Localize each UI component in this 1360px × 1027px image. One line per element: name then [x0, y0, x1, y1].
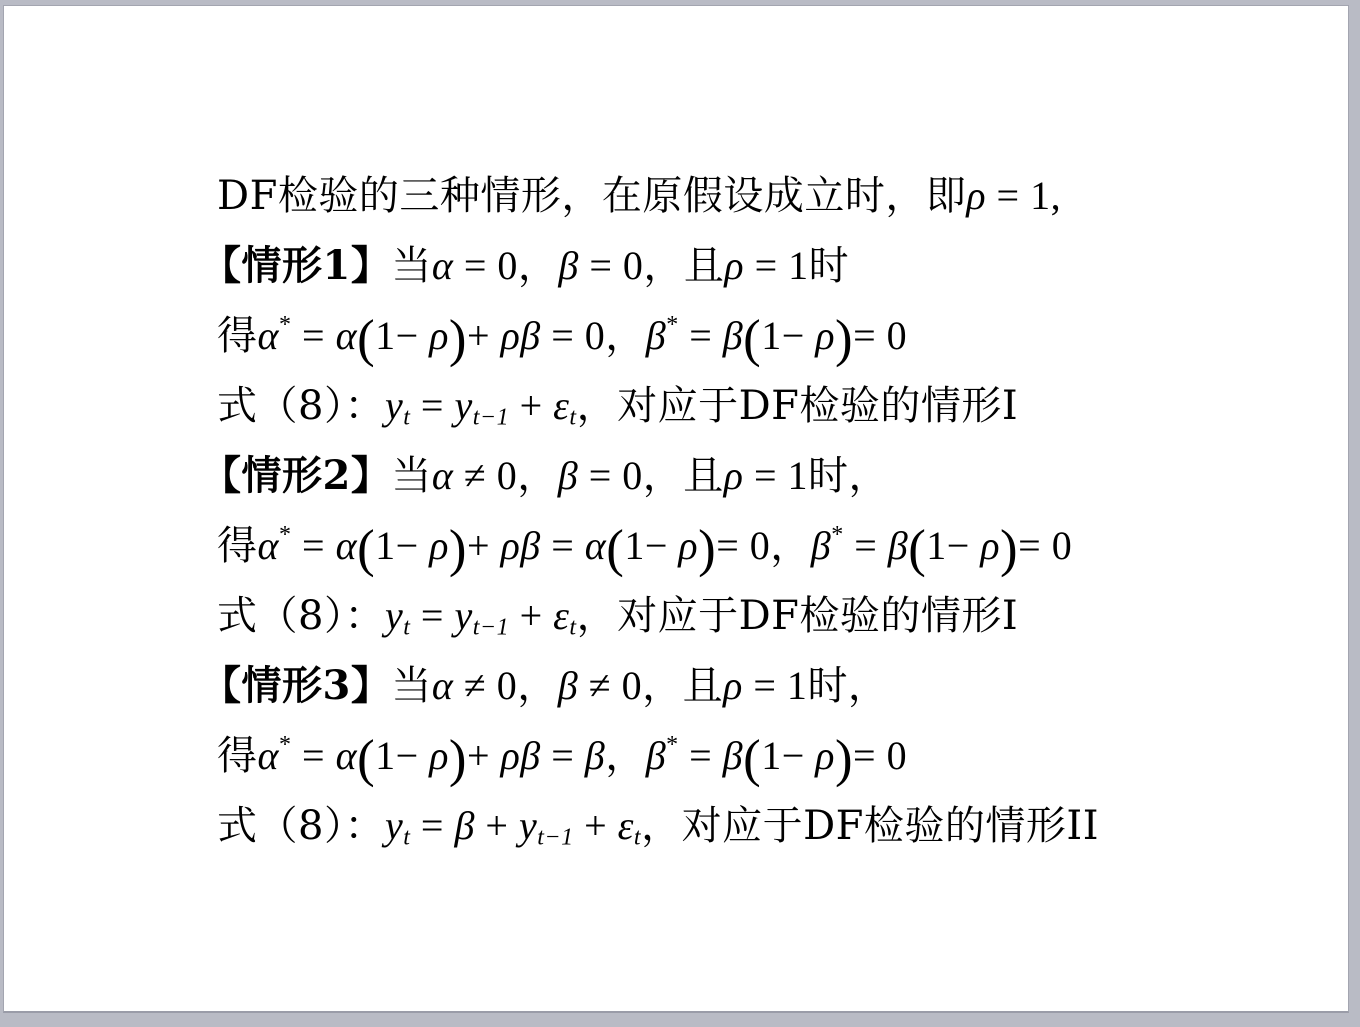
text-segment: t	[634, 824, 641, 850]
text-segment: (	[357, 520, 375, 578]
text-segment: *	[279, 732, 292, 758]
text-segment: )	[449, 310, 467, 368]
text-segment: =	[292, 733, 336, 778]
text-segment: = 1	[743, 663, 808, 708]
text-segment: t	[569, 614, 576, 640]
text-segment: ρ	[678, 523, 698, 568]
text-segment: 当	[391, 453, 432, 499]
text-segment: α	[258, 523, 280, 568]
text-segment: 得	[217, 733, 258, 779]
text-segment: *	[666, 312, 679, 338]
text-segment: ，	[518, 243, 559, 289]
text-segment: 式（8）：	[217, 593, 385, 639]
text-segment: ρ	[724, 453, 744, 498]
text-segment: β	[454, 803, 474, 848]
text-segment: β	[811, 523, 831, 568]
text-segment: 得	[217, 313, 258, 359]
text-segment: =	[410, 593, 454, 638]
text-line: 【情形1】当α = 0，β = 0，且ρ = 1时	[201, 231, 1099, 301]
viewer-background: DF检验的三种情形，在原假设成立时，即ρ = 1,【情形1】当α = 0，β =…	[0, 0, 1360, 1027]
text-segment: t−1	[473, 614, 509, 640]
text-segment: *	[666, 732, 679, 758]
text-segment: α	[432, 453, 454, 498]
text-segment: +	[509, 593, 553, 638]
text-line: 【情形2】当α ≠ 0，β = 0，且ρ = 1时，	[201, 441, 1099, 511]
text-segment: = 1,	[986, 173, 1061, 218]
text-segment: =	[679, 313, 723, 358]
text-segment: +	[509, 383, 553, 428]
text-segment: ，	[605, 733, 646, 779]
text-segment: 【情形1】	[201, 242, 391, 289]
text-segment: +	[574, 803, 618, 848]
text-segment: =	[410, 803, 454, 848]
text-segment: = 0	[541, 313, 606, 358]
text-segment: 当	[391, 243, 432, 289]
text-line: 式（8）：yt = β + yt−1 + εt，对应于DF检验的情形II	[201, 791, 1099, 861]
text-segment: β	[888, 523, 908, 568]
text-segment: ρβ	[501, 733, 541, 778]
text-segment: y	[385, 593, 403, 638]
text-segment: β	[646, 313, 666, 358]
text-segment: β	[723, 313, 743, 358]
text-segment: 式（8）：	[217, 803, 385, 849]
text-segment: ε	[618, 803, 634, 848]
text-segment: 1−	[375, 313, 429, 358]
text-segment: ρ	[429, 523, 449, 568]
text-segment: 【情形2】	[201, 452, 391, 499]
text-segment: )	[835, 310, 853, 368]
text-segment: 对应于DF检验的情形II	[682, 803, 1099, 849]
text-segment: =	[292, 523, 336, 568]
text-segment: β	[558, 663, 578, 708]
text-segment: =	[844, 523, 888, 568]
text-segment: β	[646, 733, 666, 778]
text-segment: α	[336, 523, 358, 568]
text-segment: ，	[643, 453, 684, 499]
text-segment: +	[467, 523, 501, 568]
text-segment: = 0	[453, 243, 518, 288]
text-segment: 且	[683, 663, 724, 709]
text-segment: 1−	[375, 733, 429, 778]
text-segment: ，	[577, 383, 618, 429]
text-segment: = 0	[716, 523, 770, 568]
text-segment: 且	[683, 453, 724, 499]
text-segment: 时，	[808, 453, 889, 499]
text-segment: ε	[553, 593, 569, 638]
text-segment: ρ	[724, 243, 744, 288]
text-segment: =	[410, 383, 454, 428]
text-segment: α	[585, 523, 607, 568]
text-segment: β	[585, 733, 605, 778]
text-segment: t−1	[537, 824, 573, 850]
text-segment: ρ	[429, 733, 449, 778]
text-segment: (	[743, 310, 761, 368]
text-segment: (	[357, 730, 375, 788]
text-segment: 式（8）：	[217, 383, 385, 429]
text-segment: ≠ 0	[453, 663, 517, 708]
text-segment: y	[385, 383, 403, 428]
text-segment: ρ	[429, 313, 449, 358]
text-segment: t	[569, 404, 576, 430]
text-segment: ρβ	[501, 313, 541, 358]
text-line: 得α* = α(1− ρ)+ ρβ = 0，β* = β(1− ρ)= 0	[201, 301, 1099, 371]
text-segment: 1−	[761, 733, 815, 778]
text-segment: = 0	[853, 313, 907, 358]
text-segment: ρ	[723, 663, 743, 708]
text-segment: )	[1000, 520, 1018, 578]
text-segment: α	[258, 733, 280, 778]
text-segment: 且	[684, 243, 725, 289]
text-segment: α	[432, 663, 454, 708]
text-segment: β	[558, 243, 578, 288]
text-segment: =	[292, 313, 336, 358]
text-segment: 【情形3】	[201, 662, 391, 709]
text-segment: y	[385, 803, 403, 848]
text-segment: = 0	[579, 243, 644, 288]
text-segment: y	[519, 803, 537, 848]
text-segment: α	[432, 243, 454, 288]
text-segment: = 1	[744, 243, 809, 288]
text-segment: = 0	[853, 733, 907, 778]
text-segment: ，	[517, 663, 558, 709]
text-segment: 得	[217, 523, 258, 569]
text-segment: 对应于DF检验的情形I	[617, 593, 1018, 639]
text-segment: *	[279, 522, 292, 548]
document-page: DF检验的三种情形，在原假设成立时，即ρ = 1,【情形1】当α = 0，β =…	[3, 5, 1349, 1013]
text-segment: α	[258, 313, 280, 358]
text-segment: β	[723, 733, 743, 778]
text-segment: +	[467, 733, 501, 778]
text-line: 得α* = α(1− ρ)+ ρβ = β，β* = β(1− ρ)= 0	[201, 721, 1099, 791]
text-segment: ，	[517, 453, 558, 499]
text-segment: ，	[770, 523, 811, 569]
text-segment: ，	[643, 243, 684, 289]
text-segment: )	[698, 520, 716, 578]
text-line: 式（8）：yt = yt−1 + εt，对应于DF检验的情形I	[201, 581, 1099, 651]
text-segment: 1−	[761, 313, 815, 358]
text-segment: ρ	[980, 523, 1000, 568]
text-segment: ，	[605, 313, 646, 359]
text-line: 式（8）：yt = yt−1 + εt，对应于DF检验的情形I	[201, 371, 1099, 441]
text-segment: ≠ 0	[453, 453, 517, 498]
slide-text: DF检验的三种情形，在原假设成立时，即ρ = 1,【情形1】当α = 0，β =…	[201, 161, 1099, 861]
text-segment: +	[475, 803, 519, 848]
text-segment: )	[449, 730, 467, 788]
text-segment: ρ	[815, 313, 835, 358]
text-segment: 1−	[375, 523, 429, 568]
text-segment: β	[558, 453, 578, 498]
text-segment: ，	[641, 803, 682, 849]
text-segment: 对应于DF检验的情形I	[617, 383, 1018, 429]
text-segment: ≠ 0	[578, 663, 642, 708]
text-line: 得α* = α(1− ρ)+ ρβ = α(1− ρ)= 0，β* = β(1−…	[201, 511, 1099, 581]
text-line: 【情形3】当α ≠ 0，β ≠ 0，且ρ = 1时，	[201, 651, 1099, 721]
text-segment: ，	[577, 593, 618, 639]
text-segment: 当	[391, 663, 432, 709]
text-segment: =	[541, 523, 585, 568]
text-segment: (	[908, 520, 926, 578]
text-segment: DF检验的三种情形，在原假设成立时，即	[217, 173, 966, 219]
text-segment: ε	[553, 383, 569, 428]
text-segment: )	[449, 520, 467, 578]
text-segment: α	[336, 313, 358, 358]
text-line: DF检验的三种情形，在原假设成立时，即ρ = 1,	[201, 161, 1099, 231]
text-segment: +	[467, 313, 501, 358]
text-segment: 时	[809, 243, 850, 289]
text-segment: = 0	[578, 453, 643, 498]
text-segment: α	[336, 733, 358, 778]
text-segment: ρβ	[501, 523, 541, 568]
text-segment: )	[835, 730, 853, 788]
text-segment: ρ	[966, 173, 986, 218]
text-segment: y	[454, 383, 472, 428]
text-segment: (	[743, 730, 761, 788]
text-segment: t−1	[473, 404, 509, 430]
text-segment: =	[541, 733, 585, 778]
text-segment: (	[357, 310, 375, 368]
text-segment: *	[279, 312, 292, 338]
text-segment: ，	[642, 663, 683, 709]
text-segment: 1−	[624, 523, 678, 568]
text-segment: (	[606, 520, 624, 578]
text-segment: = 1	[743, 453, 808, 498]
text-segment: *	[831, 522, 844, 548]
text-segment: = 0	[1018, 523, 1072, 568]
text-segment: 时，	[807, 663, 888, 709]
text-segment: y	[454, 593, 472, 638]
text-segment: 1−	[926, 523, 980, 568]
text-segment: =	[679, 733, 723, 778]
text-segment: ρ	[815, 733, 835, 778]
